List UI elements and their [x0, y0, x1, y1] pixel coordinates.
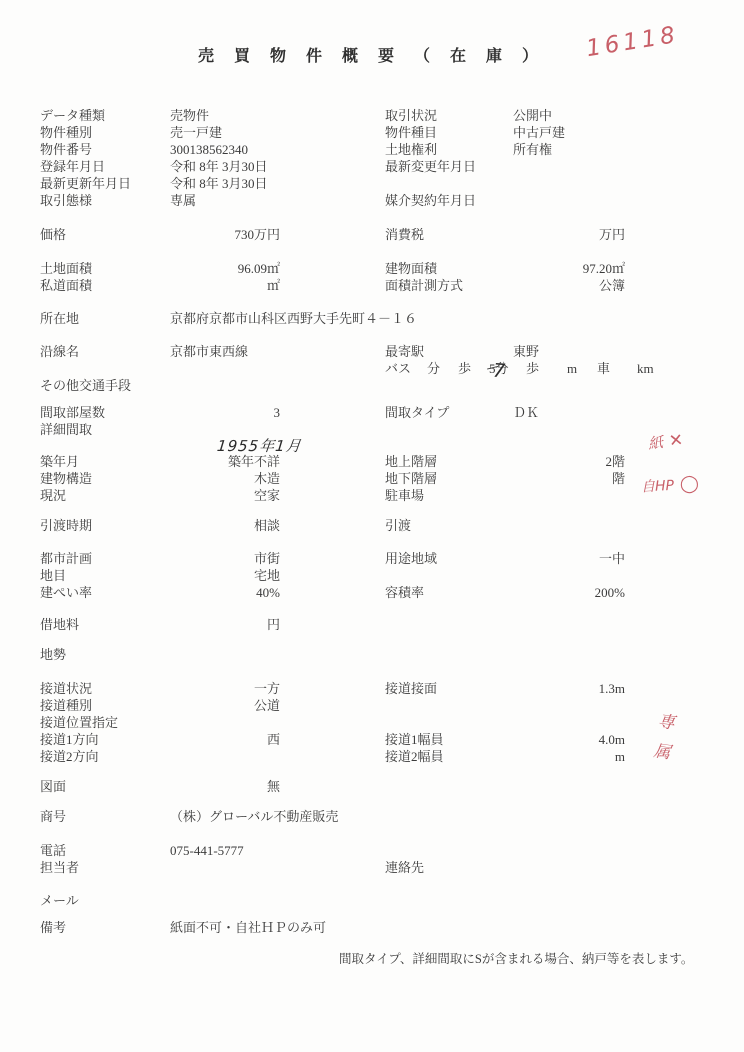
field-building-coverage-value: 40% [170, 584, 280, 601]
row-phone: 電話 075-441-5777 [0, 842, 744, 859]
field-floors-below-label: 地下階層 [385, 470, 513, 487]
field-registration-date-value: 令和 8年 3月30日 [170, 158, 280, 175]
field-latest-update-date-label: 最新更新年月日 [40, 175, 168, 192]
row-data-type: データ種類 売物件 取引状況 公開中 [0, 107, 744, 124]
row-staff: 担当者 連絡先 [0, 859, 744, 876]
row-road1: 接道1方向 西 接道1幅員 4.0m [0, 731, 744, 748]
field-private-road-area-label: 私道面積 [40, 277, 168, 294]
field-building-area-label: 建物面積 [385, 260, 513, 277]
field-contact-label: 連絡先 [385, 859, 513, 876]
field-drawing-value: 無 [170, 778, 280, 795]
row-property-category: 物件種別 売一戸建 物件種目 中古戸建 [0, 124, 744, 141]
field-company-label: 商号 [40, 808, 168, 825]
field-handover-time-value: 相談 [170, 517, 280, 534]
field-data-type-label: データ種類 [40, 107, 168, 124]
transport-walk-label-2: 歩 [526, 360, 539, 377]
field-property-type-value: 中古戸建 [513, 124, 625, 141]
field-trade-status-value: 公開中 [513, 107, 625, 124]
field-building-area-value: 97.20㎡ [513, 260, 625, 277]
field-consumption-tax-label: 消費税 [385, 226, 513, 243]
field-land-rent-value: 円 [170, 616, 280, 633]
row-road2: 接道2方向 接道2幅員 m [0, 748, 744, 765]
scanned-property-summary-page: 売 買 物 件 概 要 （ 在 庫 ） データ種類 売物件 取引状況 公開中 物… [0, 0, 744, 1052]
field-topography-label: 地勢 [40, 646, 168, 663]
field-phone-value: 075-441-5777 [170, 842, 370, 859]
row-handover-time: 引渡時期 相談 引渡 [0, 517, 744, 534]
field-floors-below-value: 階 [513, 470, 625, 487]
transport-bus-minutes-unit: 分 [427, 360, 440, 377]
field-handover-time-label: 引渡時期 [40, 517, 168, 534]
field-road2-direction-label: 接道2方向 [40, 748, 168, 765]
field-consumption-tax-value: 万円 [513, 226, 625, 243]
row-transport-units: バス 分 歩 5分 歩 m 車 km [0, 360, 744, 377]
field-city-planning-value: 市街 [170, 550, 280, 567]
field-nearest-station-label: 最寄駅 [385, 343, 513, 360]
handwritten-built-year-note: 1955年1月 [216, 438, 303, 455]
row-road-position: 接道位置指定 [0, 714, 744, 731]
field-rail-line-label: 沿線名 [40, 343, 168, 360]
field-land-rights-value: 所有権 [513, 141, 625, 158]
field-area-measurement-label: 面積計測方式 [385, 277, 513, 294]
field-registration-date-label: 登録年月日 [40, 158, 168, 175]
field-road-frontage-value: 1.3m [513, 680, 625, 697]
field-city-planning-label: 都市計画 [40, 550, 168, 567]
row-latest-update-date: 最新更新年月日 令和 8年 3月30日 [0, 175, 744, 192]
row-current-state: 現況 空家 駐車場 [0, 487, 744, 504]
row-built-date: 築年月 築年不詳 地上階層 2階 [0, 453, 744, 470]
field-property-number-label: 物件番号 [40, 141, 168, 158]
field-floor-area-ratio-label: 容積率 [385, 584, 513, 601]
field-road-position-label: 接道位置指定 [40, 714, 168, 731]
row-city-planning: 都市計画 市街 用途地域 一中 [0, 550, 744, 567]
row-land-rent: 借地料 円 [0, 616, 744, 633]
field-road1-width-label: 接道1幅員 [385, 731, 513, 748]
field-transaction-mode-value: 専属 [170, 192, 280, 209]
field-agency-contract-date-label: 媒介契約年月日 [385, 192, 513, 209]
row-transaction-mode: 取引態様 専属 媒介契約年月日 [0, 192, 744, 209]
row-rail-line: 沿線名 京都市東西線 最寄駅 東野 [0, 343, 744, 360]
field-built-date-label: 築年月 [40, 453, 168, 470]
field-price-label: 価格 [40, 226, 168, 243]
field-road-type-value: 公道 [170, 697, 280, 714]
field-road-contact-value: 一方 [170, 680, 280, 697]
field-current-state-label: 現況 [40, 487, 168, 504]
field-rooms-label: 間取部屋数 [40, 404, 168, 421]
field-private-road-area-value: ㎡ [170, 277, 280, 294]
field-road1-width-value: 4.0m [513, 731, 625, 748]
row-other-transport: その他交通手段 [0, 377, 744, 394]
field-property-type-label: 物件種目 [385, 124, 513, 141]
field-property-category-value: 売一戸建 [170, 124, 280, 141]
footer-note: 間取タイプ、詳細間取にSが含まれる場合、納戸等を表します。 [339, 951, 693, 968]
field-drawing-label: 図面 [40, 778, 168, 795]
row-company: 商号 （株）グローバル不動産販売 [0, 808, 744, 825]
row-road-type: 接道種別 公道 [0, 697, 744, 714]
field-location-label: 所在地 [40, 310, 168, 327]
field-current-state-value: 空家 [170, 487, 280, 504]
row-road-contact: 接道状況 一方 接道接面 1.3m [0, 680, 744, 697]
field-company-value: （株）グローバル不動産販売 [170, 808, 490, 825]
field-land-category-label: 地目 [40, 567, 168, 584]
field-location-value: 京都府京都市山科区西野大手先町４－１６ [170, 310, 590, 327]
field-rooms-value: 3 [170, 404, 280, 421]
field-road-type-label: 接道種別 [40, 697, 168, 714]
field-email-label: メール [40, 892, 168, 909]
field-floors-above-label: 地上階層 [385, 453, 513, 470]
row-drawing: 図面 無 [0, 778, 744, 795]
field-structure-label: 建物構造 [40, 470, 168, 487]
circle-mark-icon: ◯ [679, 473, 699, 494]
field-zoning-label: 用途地域 [385, 550, 513, 567]
row-land-area: 土地面積 96.09㎡ 建物面積 97.20㎡ [0, 260, 744, 277]
paper-label: 紙 [647, 433, 664, 452]
field-nearest-station-value: 東野 [513, 343, 625, 360]
row-building-coverage: 建ぺい率 40% 容積率 200% [0, 584, 744, 601]
field-land-category-value: 宅地 [170, 567, 280, 584]
row-email: メール [0, 892, 744, 909]
row-layout-detail: 詳細間取 [0, 421, 744, 438]
field-trade-status-label: 取引状況 [385, 107, 513, 124]
field-layout-type-value: ＤＫ [513, 404, 625, 421]
transport-car-label: 車 [597, 360, 610, 377]
field-area-measurement-value: 公簿 [513, 277, 625, 294]
field-land-area-label: 土地面積 [40, 260, 168, 277]
field-road1-direction-label: 接道1方向 [40, 731, 168, 748]
field-other-transport-label: その他交通手段 [40, 377, 210, 394]
row-topography: 地勢 [0, 646, 744, 663]
row-rooms: 間取部屋数 3 間取タイプ ＤＫ [0, 404, 744, 421]
row-price: 価格 730万円 消費税 万円 [0, 226, 744, 243]
field-land-area-value: 96.09㎡ [170, 260, 280, 277]
field-latest-update-date-value: 令和 8年 3月30日 [170, 175, 280, 192]
field-price-value: 730万円 [170, 226, 280, 243]
transport-km-unit: km [637, 360, 654, 377]
field-built-date-value: 築年不詳 [170, 453, 280, 470]
field-property-number-value: 300138562340 [170, 141, 280, 158]
field-road2-width-label: 接道2幅員 [385, 748, 513, 765]
field-transaction-mode-label: 取引態様 [40, 192, 168, 209]
row-remarks: 備考 紙面不可・自社ＨＰのみ可 [0, 919, 744, 936]
handwritten-own-hp-note: 自HP◯ [641, 475, 700, 496]
row-property-number: 物件番号 300138562340 土地権利 所有権 [0, 141, 744, 158]
field-property-category-label: 物件種別 [40, 124, 168, 141]
field-building-coverage-label: 建ぺい率 [40, 584, 168, 601]
field-phone-label: 電話 [40, 842, 168, 859]
field-rail-line-value: 京都市東西線 [170, 343, 350, 360]
field-handover-label: 引渡 [385, 517, 513, 534]
own-hp-label: 自HP [641, 478, 675, 496]
field-zoning-value: 一中 [513, 550, 625, 567]
transport-meters-unit: m [567, 360, 577, 377]
field-floor-area-ratio-value: 200% [513, 584, 625, 601]
field-remarks-label: 備考 [40, 919, 168, 936]
field-road1-direction-value: 西 [170, 731, 280, 748]
handwritten-walk-minutes-correction: 7 [492, 363, 505, 381]
field-remarks-value: 紙面不可・自社ＨＰのみ可 [170, 919, 530, 936]
field-road-frontage-label: 接道接面 [385, 680, 513, 697]
row-land-category: 地目 宅地 [0, 567, 744, 584]
row-structure: 建物構造 木造 地下階層 階 [0, 470, 744, 487]
field-road2-width-value: m [513, 748, 625, 765]
field-structure-value: 木造 [170, 470, 280, 487]
field-layout-detail-label: 詳細間取 [40, 421, 168, 438]
field-road-contact-label: 接道状況 [40, 680, 168, 697]
handwritten-paper-note: 紙✕ [647, 432, 684, 453]
field-latest-change-date-label: 最新変更年月日 [385, 158, 513, 175]
row-private-road-area: 私道面積 ㎡ 面積計測方式 公簿 [0, 277, 744, 294]
transport-walk-label-1: 歩 [458, 360, 471, 377]
field-data-type-value: 売物件 [170, 107, 280, 124]
field-land-rights-label: 土地権利 [385, 141, 513, 158]
field-staff-label: 担当者 [40, 859, 168, 876]
cross-mark-icon: ✕ [668, 430, 684, 451]
field-parking-label: 駐車場 [385, 487, 513, 504]
transport-bus-label: バス [385, 360, 411, 377]
row-location: 所在地 京都府京都市山科区西野大手先町４－１６ [0, 310, 744, 327]
field-layout-type-label: 間取タイプ [385, 404, 513, 421]
field-land-rent-label: 借地料 [40, 616, 168, 633]
row-registration-date: 登録年月日 令和 8年 3月30日 最新変更年月日 [0, 158, 744, 175]
field-floors-above-value: 2階 [513, 453, 625, 470]
